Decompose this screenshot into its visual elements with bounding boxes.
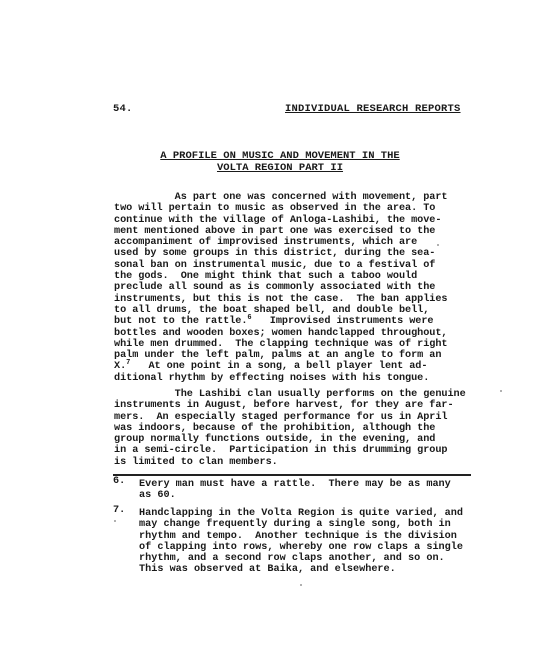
paragraph-1-text: As part one was concerned with movement,… [114,192,448,327]
title-line-1: A PROFILE ON MUSIC AND MOVEMENT IN THE [130,150,430,162]
scan-speck [437,244,439,246]
scan-speck [114,520,116,522]
running-header: INDIVIDUAL RESEARCH REPORTS [285,103,461,115]
footnote-text: Handclapping in the Volta Region is quit… [139,508,463,576]
footnote-number: 7. [113,505,125,516]
paragraph-2: The Lashibi clan usually performs on the… [114,389,514,468]
page-number: 54. [113,103,133,115]
paragraph-1: As part one was concerned with movement,… [114,192,514,384]
scan-speck [500,390,502,392]
document-page: 54. INDIVIDUAL RESEARCH REPORTS A PROFIL… [0,0,536,650]
scan-speck [300,584,302,586]
footnote-number: 6. [113,476,125,487]
footnote-divider [113,474,471,476]
article-title: A PROFILE ON MUSIC AND MOVEMENT IN THE V… [130,150,430,174]
footnote-text: Every man must have a rattle. There may … [139,479,451,502]
title-line-2: VOLTA REGION PART II [130,162,430,174]
paragraph-1-end: At one point in a song, a bell player le… [114,361,429,383]
